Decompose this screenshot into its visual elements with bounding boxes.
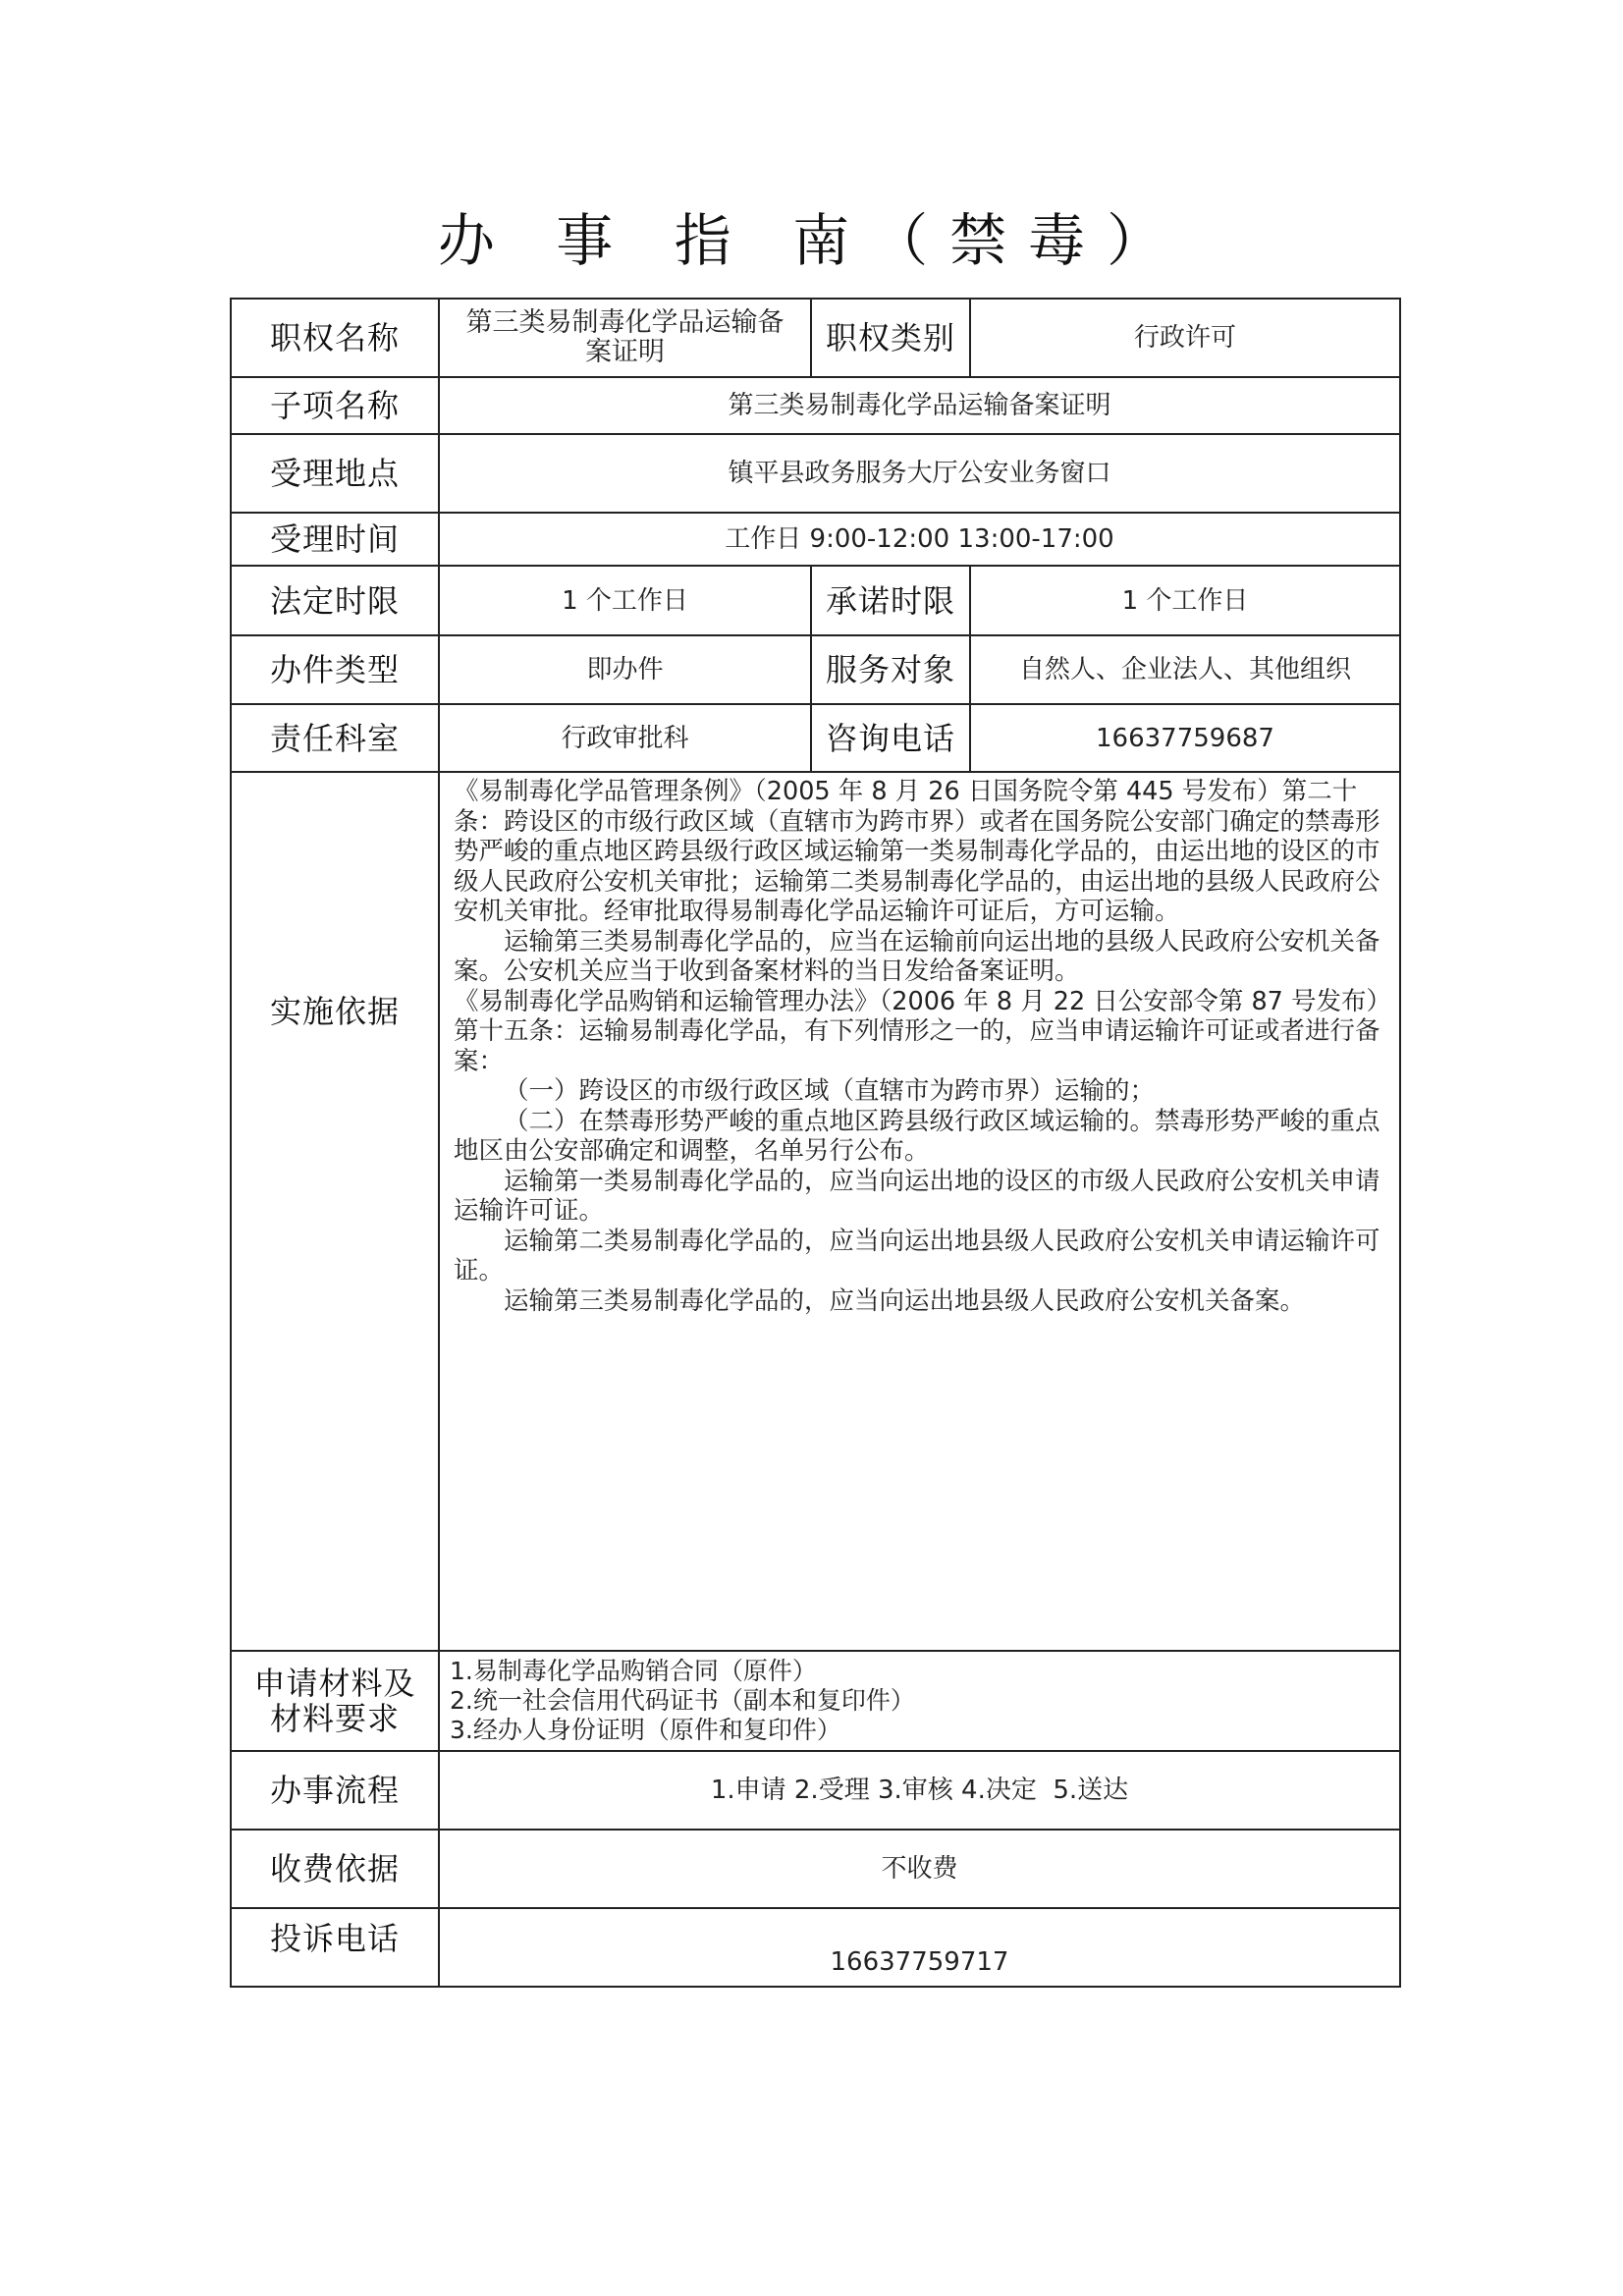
fee-value: 不收费 [439,1830,1400,1908]
row-sub-item: 子项名称 第三类易制毒化学品运输备案证明 [231,377,1400,434]
row-case-type: 办件类型 即办件 服务对象 自然人、企业法人、其他组织 [231,635,1400,704]
basis-paragraph: 《易制毒化学品购销和运输管理办法》（2006 年 8 月 22 日公安部令第 8… [454,987,1389,1077]
power-type-value: 行政许可 [970,299,1400,377]
row-time-limits: 法定时限 1 个工作日 承诺时限 1 个工作日 [231,566,1400,635]
case-type-value: 即办件 [439,635,811,704]
material-item: 2.统一社会信用代码证书（副本和复印件） [450,1686,1389,1716]
process-label: 办事流程 [231,1751,439,1830]
process-value: 1.申请 2.受理 3.审核 4.决定 5.送达 [439,1751,1400,1830]
row-power-name: 职权名称 第三类易制毒化学品运输备案证明 职权类别 行政许可 [231,299,1400,377]
materials-label: 申请材料及材料要求 [231,1651,439,1751]
service-target-value: 自然人、企业法人、其他组织 [970,635,1400,704]
basis-paragraph: 运输第一类易制毒化学品的，应当向运出地的设区的市级人民政府公安机关申请运输许可证… [454,1167,1389,1227]
legal-limit-label: 法定时限 [231,566,439,635]
service-guide-table: 职权名称 第三类易制毒化学品运输备案证明 职权类别 行政许可 子项名称 第三类易… [230,298,1401,1988]
basis-paragraph: （二）在禁毒形势严峻的重点地区跨县级行政区域运输的。禁毒形势严峻的重点地区由公安… [454,1107,1389,1167]
material-item: 3.经办人身份证明（原件和复印件） [450,1716,1389,1745]
promised-limit-label: 承诺时限 [811,566,970,635]
promised-limit-value: 1 个工作日 [970,566,1400,635]
row-hours: 受理时间 工作日 9:00-12:00 13:00-17:00 [231,513,1400,566]
material-item: 1.易制毒化学品购销合同（原件） [450,1657,1389,1686]
row-location: 受理地点 镇平县政务服务大厅公安业务窗口 [231,434,1400,513]
consult-phone-value: 16637759687 [970,704,1400,772]
row-complaint-phone: 投诉电话 16637759717 [231,1908,1400,1987]
materials-list: 1.易制毒化学品购销合同（原件） 2.统一社会信用代码证书（副本和复印件） 3.… [439,1651,1400,1751]
case-type-label: 办件类型 [231,635,439,704]
hours-label: 受理时间 [231,513,439,566]
location-label: 受理地点 [231,434,439,513]
basis-paragraph: 运输第三类易制毒化学品的，应当在运输前向运出地的县级人民政府公安机关备案。公安机… [454,927,1389,987]
row-materials: 申请材料及材料要求 1.易制毒化学品购销合同（原件） 2.统一社会信用代码证书（… [231,1651,1400,1751]
sub-item-label: 子项名称 [231,377,439,434]
complaint-phone-label: 投诉电话 [231,1908,439,1987]
department-label: 责任科室 [231,704,439,772]
complaint-phone-value: 16637759717 [439,1908,1400,1987]
service-target-label: 服务对象 [811,635,970,704]
location-value: 镇平县政务服务大厅公安业务窗口 [439,434,1400,513]
fee-label: 收费依据 [231,1830,439,1908]
basis-paragraph: 运输第三类易制毒化学品的，应当向运出地县级人民政府公安机关备案。 [454,1286,1389,1317]
hours-value: 工作日 9:00-12:00 13:00-17:00 [439,513,1400,566]
consult-phone-label: 咨询电话 [811,704,970,772]
row-fee: 收费依据 不收费 [231,1830,1400,1908]
row-basis: 实施依据 《易制毒化学品管理条例》（2005 年 8 月 26 日国务院令第 4… [231,772,1400,1651]
power-name-value: 第三类易制毒化学品运输备案证明 [439,299,811,377]
sub-item-value: 第三类易制毒化学品运输备案证明 [439,377,1400,434]
basis-paragraph: 运输第二类易制毒化学品的，应当向运出地县级人民政府公安机关申请运输许可证。 [454,1227,1389,1286]
row-process: 办事流程 1.申请 2.受理 3.审核 4.决定 5.送达 [231,1751,1400,1830]
page-title: 办 事 指 南（禁毒） [0,201,1623,280]
basis-label: 实施依据 [231,772,439,1651]
basis-paragraph: （一）跨设区的市级行政区域（直辖市为跨市界）运输的； [454,1076,1389,1107]
power-name-label: 职权名称 [231,299,439,377]
row-department: 责任科室 行政审批科 咨询电话 16637759687 [231,704,1400,772]
department-value: 行政审批科 [439,704,811,772]
legal-limit-value: 1 个工作日 [439,566,811,635]
basis-text: 《易制毒化学品管理条例》（2005 年 8 月 26 日国务院令第 445 号发… [439,772,1400,1651]
basis-paragraph: 《易制毒化学品管理条例》（2005 年 8 月 26 日国务院令第 445 号发… [454,777,1389,927]
power-type-label: 职权类别 [811,299,970,377]
